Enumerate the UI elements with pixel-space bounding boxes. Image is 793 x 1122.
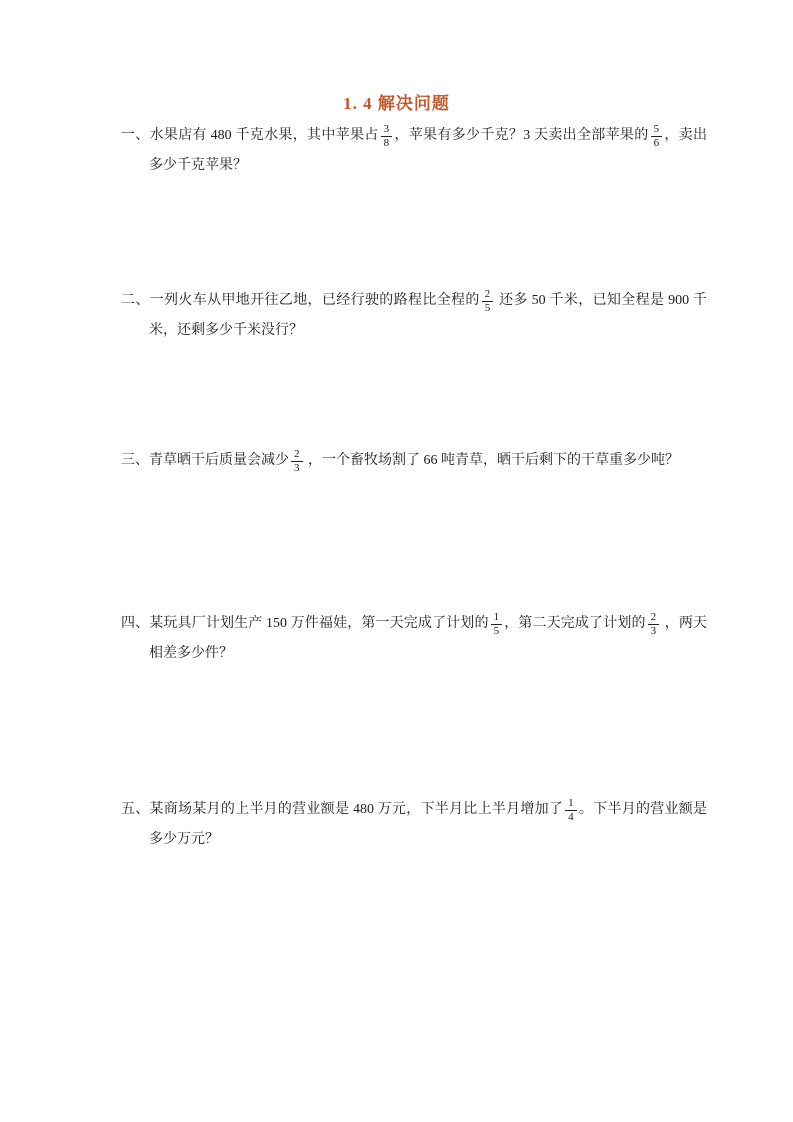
question-1-text-1: 水果店有 480 千克水果，其中苹果占 bbox=[150, 128, 379, 143]
fraction-denominator: 3 bbox=[648, 625, 660, 639]
question-3-label: 三、 bbox=[121, 453, 149, 468]
fraction-numerator: 2 bbox=[291, 448, 303, 463]
question-4-text-2: ，第二天完成了计划的 bbox=[504, 616, 646, 631]
fraction-1-4: 14 bbox=[565, 797, 577, 826]
question-2-text-1: 一列火车从甲地开往乙地，已经行驶的路程比全程的 bbox=[150, 293, 480, 308]
question-3-text-2: ，一个畜牧场割了 66 吨青草，晒干后剩下的干草重多少吨？ bbox=[305, 453, 680, 468]
worksheet-page: 1. 4 解决问题 一、水果店有 480 千克水果，其中苹果占38，苹果有多少千… bbox=[0, 0, 793, 1122]
fraction-2-5: 25 bbox=[482, 288, 494, 317]
question-1-label: 一、 bbox=[121, 128, 150, 143]
question-5-label: 五、 bbox=[121, 802, 150, 817]
fraction-numerator: 5 bbox=[651, 123, 663, 138]
question-4: 四、某玩具厂计划生产 150 万件福娃，第一天完成了计划的15，第二天完成了计划… bbox=[121, 609, 707, 669]
fraction-numerator: 2 bbox=[648, 611, 660, 626]
question-3: 三、青草晒干后质量会减少23 ，一个畜牧场割了 66 吨青草，晒干后剩下的干草重… bbox=[121, 446, 707, 476]
question-2-label: 二、 bbox=[121, 293, 150, 308]
question-4-text-1: 某玩具厂计划生产 150 万件福娃，第一天完成了计划的 bbox=[149, 616, 488, 631]
fraction-3-8: 38 bbox=[381, 123, 393, 152]
question-1-text-2: ，苹果有多少千克？3 天卖出全部苹果的 bbox=[394, 128, 648, 143]
question-4-label: 四、 bbox=[121, 616, 149, 631]
fraction-5-6: 56 bbox=[651, 123, 663, 152]
fraction-denominator: 3 bbox=[291, 462, 303, 476]
question-2: 二、一列火车从甲地开往乙地，已经行驶的路程比全程的25 还多 50 千米，已知全… bbox=[121, 286, 707, 346]
fraction-numerator: 1 bbox=[565, 797, 577, 812]
question-5-text-1: 某商场某月的上半月的营业额是 480 万元，下半月比上半月增加了 bbox=[150, 802, 564, 817]
page-title: 1. 4 解决问题 bbox=[0, 89, 793, 114]
fraction-2-3: 23 bbox=[648, 611, 660, 640]
fraction-1-5: 15 bbox=[491, 611, 503, 640]
question-1: 一、水果店有 480 千克水果，其中苹果占38，苹果有多少千克？3 天卖出全部苹… bbox=[121, 121, 707, 181]
fraction-numerator: 1 bbox=[491, 611, 503, 626]
fraction-numerator: 2 bbox=[482, 288, 494, 303]
fraction-denominator: 5 bbox=[491, 625, 503, 639]
fraction-denominator: 6 bbox=[651, 137, 663, 151]
fraction-2-3: 23 bbox=[291, 448, 303, 477]
question-5: 五、某商场某月的上半月的营业额是 480 万元，下半月比上半月增加了14。下半月… bbox=[121, 795, 707, 855]
fraction-numerator: 3 bbox=[381, 123, 393, 138]
question-3-text-1: 青草晒干后质量会减少 bbox=[149, 453, 289, 468]
fraction-denominator: 4 bbox=[565, 811, 577, 825]
fraction-denominator: 8 bbox=[381, 137, 393, 151]
fraction-denominator: 5 bbox=[482, 302, 494, 316]
